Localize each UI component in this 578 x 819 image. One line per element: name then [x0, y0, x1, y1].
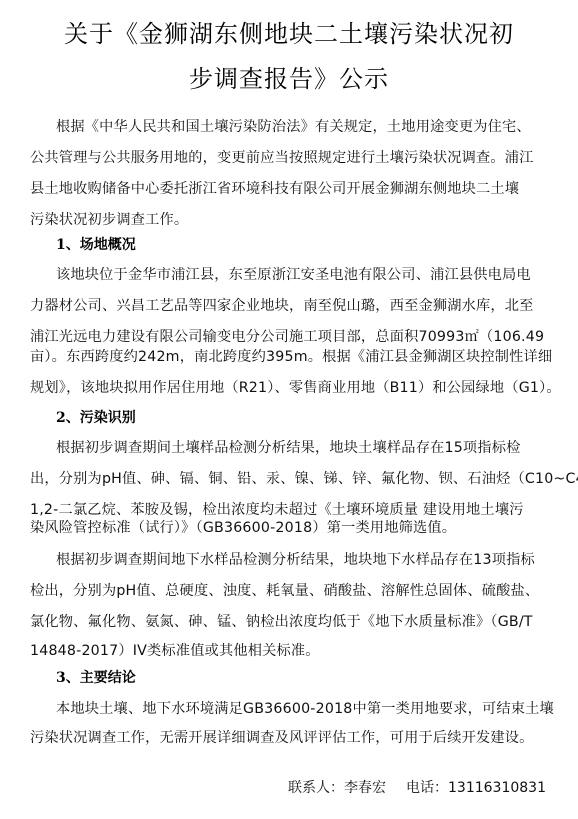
contact-phone: 电话：13116310831 — [406, 780, 546, 796]
contact-person: 联系人：李春宏 — [288, 780, 386, 796]
section-heading-main-conclusions: 3、主要结论 — [56, 668, 136, 688]
paragraph-line: 该地块位于金华市浦江县，东至原浙江安圣电池有限公司、浦江县供电局电 — [56, 265, 550, 285]
paragraph-line: 污染状况调查工作，无需开展详细调查及风评评估工作，可用于后续开发建设。 — [30, 728, 550, 748]
intro-line: 根据《中华人民共和国土壤污染防治法》有关规定，土地用途变更为住宅、 — [56, 117, 550, 137]
paragraph-line: 氯化物、氟化物、氨氮、砷、锰、钠检出浓度均低于《地下水质量标准》（GB/T — [30, 612, 550, 632]
intro-line: 公共管理与公共服务用地的，变更前应当按照规定进行土壤污染状况调查。浦江 — [30, 148, 550, 168]
notice-document: 关于《金狮湖东侧地块二土壤污染状况初 步调查报告》公示 根据《中华人民共和国土壤… — [0, 0, 578, 819]
section-heading-site-overview: 1、场地概况 — [56, 235, 136, 255]
paragraph-line: 染风险管控标准（试行）》（GB36600-2018）第一类用地筛选值。 — [30, 518, 550, 538]
contact-info: 联系人：李春宏电话：13116310831 — [288, 778, 546, 798]
intro-line: 污染状况初步调查工作。 — [30, 210, 550, 230]
paragraph-line: 根据初步调查期间地下水样品检测分析结果，地块地下水样品存在13项指标 — [56, 550, 550, 570]
paragraph-line: 本地块土壤、地下水环境满足GB36600-2018中第一类用地要求，可结束土壤 — [56, 699, 550, 719]
paragraph-line: 出，分别为pH值、砷、镉、铜、铅、汞、镍、锑、锌、氟化物、钡、石油烃（C10~C… — [30, 469, 550, 489]
paragraph-line: 规划》，该地块拟用作居住用地（R21）、零售商业用地（B11）和公园绿地（G1）… — [30, 378, 550, 398]
paragraph-line: 亩）。东西跨度约242m，南北跨度约395m。根据《浦江县金狮湖区块控制性详细 — [30, 347, 550, 367]
intro-line: 县土地收购储备中心委托浙江省环境科技有限公司开展金狮湖东侧地块二土壤 — [30, 179, 550, 199]
paragraph-line: 力器材公司、兴昌工艺品等四家企业地块，南至倪山璐，西至金狮湖水库，北至 — [30, 296, 550, 316]
page-title-line-1: 关于《金狮湖东侧地块二土壤污染状况初 — [0, 20, 578, 48]
page-title-line-2: 步调查报告》公示 — [0, 65, 578, 93]
paragraph-line: 浦江光远电力建设有限公司输变电分公司施工项目部，总面积70993㎡（106.49 — [30, 327, 550, 347]
paragraph-line: 根据初步调查期间土壤样品检测分析结果，地块土壤样品存在15项指标检 — [56, 438, 550, 458]
section-heading-pollution-identification: 2、污染识别 — [56, 408, 136, 428]
paragraph-line: 14848-2017）IV类标准值或其他相关标准。 — [30, 641, 550, 661]
paragraph-line: 1,2-二氯乙烷、苯胺及锡，检出浓度均未超过《土壤环境质量 建设用地土壤污 — [30, 500, 550, 520]
paragraph-line: 检出，分别为pH值、总硬度、浊度、耗氧量、硝酸盐、溶解性总固体、硫酸盐、 — [30, 581, 550, 601]
